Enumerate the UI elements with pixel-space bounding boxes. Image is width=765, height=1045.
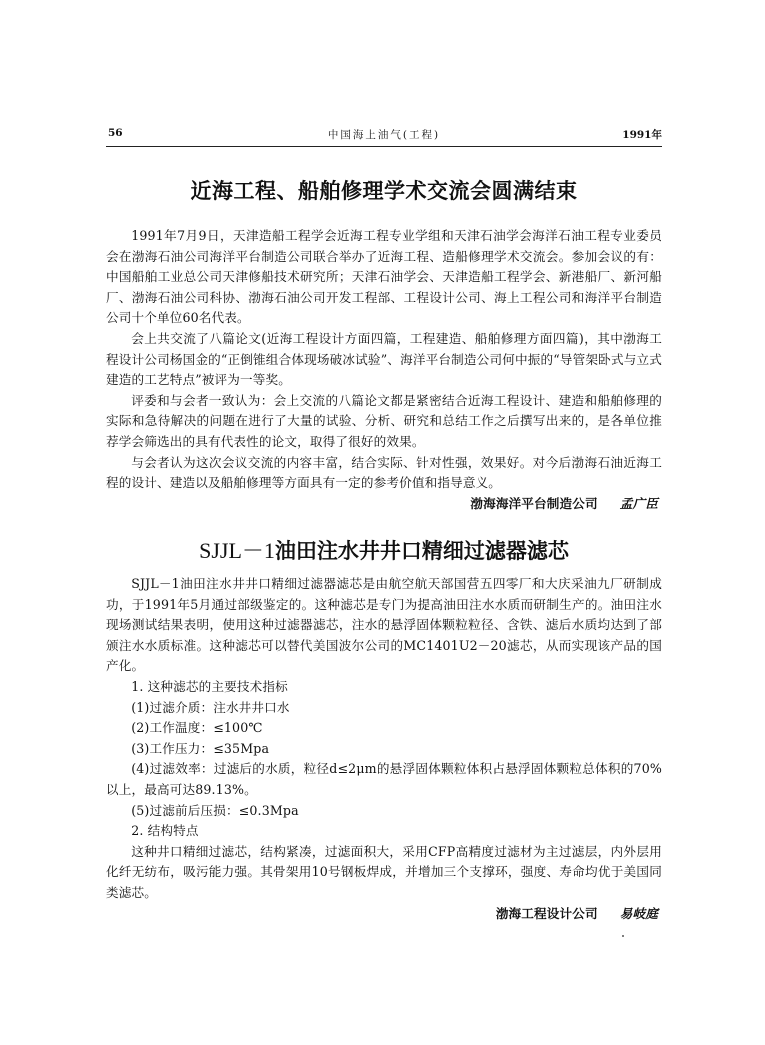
running-header: 56 中国海上油气(工程) 1991年 (106, 127, 662, 143)
article2-signature: 渤海工程设计公司易岐庭 (106, 904, 662, 925)
article1-body: 1991年7月9日，天津造船工程学会近海工程专业学组和天津石油学会海洋石油工程专… (106, 226, 662, 514)
scan-speck (622, 935, 624, 937)
article2-spec-4: (4)过滤效率：过滤后的水质，粒径d≤2μm的悬浮固体颗粒体积占悬浮固体颗粒总体… (106, 759, 662, 800)
article2-paragraph-structure: 这种井口精细过滤芯，结构紧凑，过滤面积大，采用CFP高精度过滤材为主过滤层，内外… (106, 842, 662, 904)
article1-signature-author: 孟广臣 (620, 496, 658, 511)
article1-title: 近海工程、船舶修理学术交流会圆满结束 (106, 175, 662, 205)
publication-year: 1991年 (622, 127, 662, 142)
article2-spec-5: (5)过滤前后压损：≤0.3Mpa (106, 801, 662, 822)
article1-paragraph-2: 会上共交流了八篇论文(近海工程设计方面四篇，工程建造、船舶修理方面四篇)，其中渤… (106, 329, 662, 391)
article2-title-model: SJJL－1 (199, 538, 275, 563)
article2-paragraph-1: SJJL－1油田注水井井口精细过滤器滤芯是由航空航天部国营五四零厂和大庆采油九厂… (106, 574, 662, 677)
journal-name: 中国海上油气(工程) (106, 127, 662, 142)
article2-section-2-heading: 2. 结构特点 (106, 821, 662, 842)
article2-spec-3: (3)工作压力：≤35Mpa (106, 739, 662, 760)
article1-paragraph-4: 与会者认为这次会议交流的内容丰富，结合实际、针对性强，效果好。对今后渤海石油近海… (106, 453, 662, 494)
article2-spec-1: (1)过滤介质：注水井井口水 (106, 698, 662, 719)
article1-signature-org: 渤海海洋平台制造公司 (470, 496, 597, 511)
article2-title-text: 油田注水井井口精细过滤器滤芯 (275, 539, 569, 563)
article2-signature-org: 渤海工程设计公司 (496, 906, 598, 921)
article2-section-1-heading: 1. 这种滤芯的主要技术指标 (106, 677, 662, 698)
header-rule (106, 146, 662, 147)
article1-paragraph-3: 评委和与会者一致认为：会上交流的八篇论文都是紧密结合近海工程设计、建造和船舶修理… (106, 391, 662, 453)
article2-signature-author: 易岐庭 (620, 906, 658, 921)
article2-body: SJJL－1油田注水井井口精细过滤器滤芯是由航空航天部国营五四零厂和大庆采油九厂… (106, 574, 662, 924)
article2-spec-2: (2)工作温度：≤100℃ (106, 718, 662, 739)
article1-paragraph-1: 1991年7月9日，天津造船工程学会近海工程专业学组和天津石油学会海洋石油工程专… (106, 226, 662, 329)
article1-signature: 渤海海洋平台制造公司孟广臣 (106, 494, 662, 515)
article2-title: SJJL－1油田注水井井口精细过滤器滤芯 (106, 534, 662, 565)
